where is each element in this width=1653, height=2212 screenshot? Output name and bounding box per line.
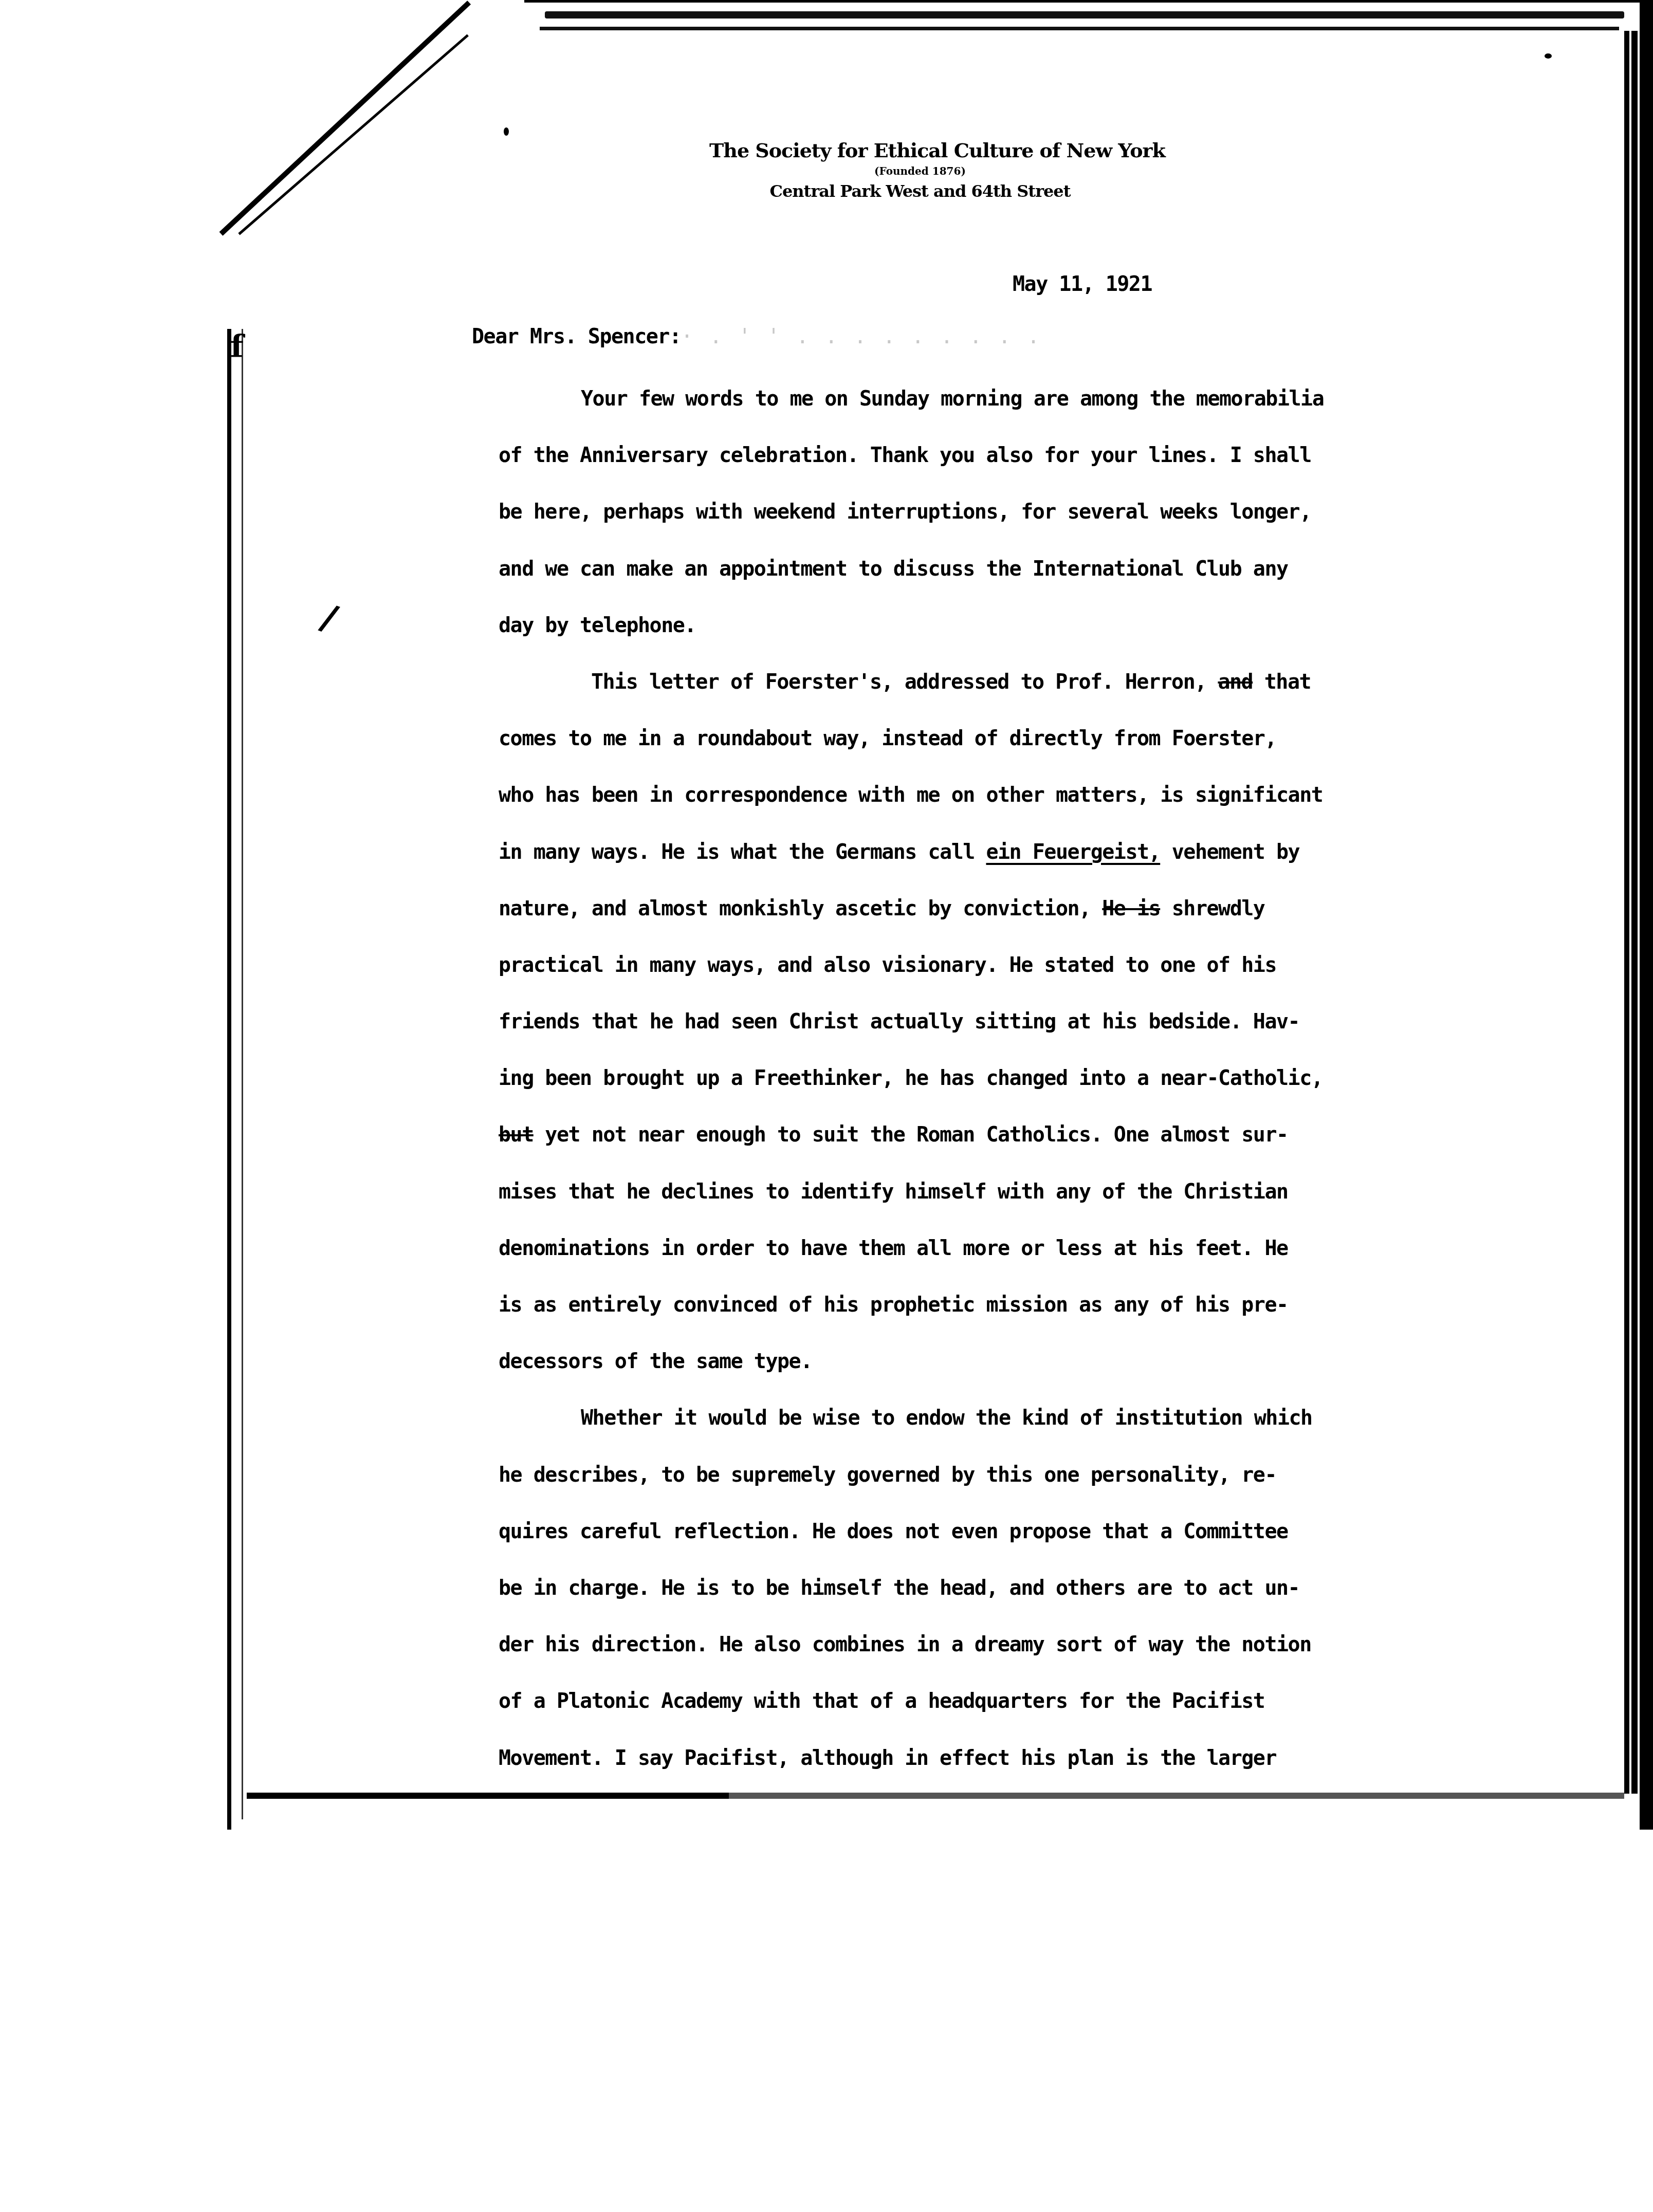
- body-line: in many ways. He is what the Germans cal…: [499, 837, 1485, 893]
- text-run: that: [1253, 670, 1311, 694]
- organization-address: Central Park West and 64th Street: [709, 181, 1131, 201]
- scan-top-edge: [524, 0, 1653, 3]
- body-line: who has been in correspondence with me o…: [499, 780, 1485, 836]
- body-line: Movement. I say Pacifist, although in ef…: [499, 1743, 1485, 1799]
- struck-word: but: [499, 1123, 534, 1147]
- salutation: Dear Mrs. Spencer:· . ' ' . . . . . . . …: [472, 325, 1042, 348]
- ink-dot: [504, 127, 509, 136]
- text-run: vehement by: [1160, 840, 1299, 864]
- body-line: ing been brought up a Freethinker, he ha…: [499, 1063, 1485, 1119]
- body-line: be in charge. He is to be himself the he…: [499, 1573, 1485, 1629]
- faint-show-through-text: · . ' ' . . . . . . . . .: [681, 325, 1041, 348]
- body-line: practical in many ways, and also visiona…: [499, 950, 1485, 1006]
- body-line: of a Platonic Academy with that of a hea…: [499, 1686, 1485, 1742]
- text-run: yet not near enough to suit the Roman Ca…: [534, 1123, 1288, 1147]
- body-line: der his direction. He also combines in a…: [499, 1629, 1485, 1686]
- body-line: comes to me in a roundabout way, instead…: [499, 723, 1485, 780]
- body-line: decessors of the same type.: [499, 1346, 1485, 1403]
- underlined-phrase: ein Feuergeist,: [986, 840, 1160, 864]
- folded-corner-line: [219, 1, 471, 235]
- body-line: denominations in order to have them all …: [499, 1233, 1485, 1289]
- struck-word: He is: [1102, 897, 1160, 920]
- body-line: of the Anniversary celebration. Thank yo…: [499, 440, 1485, 496]
- page-right-border: [1624, 31, 1638, 1794]
- body-line: be here, perhaps with weekend interrupti…: [499, 496, 1485, 553]
- struck-word: and: [1218, 670, 1253, 694]
- text-run: This letter of Foerster's, addressed to …: [591, 670, 1218, 694]
- letter-body: Your few words to me on Sunday morning a…: [499, 383, 1485, 1799]
- folded-corner-line-inner: [238, 34, 469, 235]
- letterhead: The Society for Ethical Culture of New Y…: [709, 139, 1131, 201]
- organization-founded: (Founded 1876): [709, 165, 1131, 177]
- body-line: is as entirely convinced of his propheti…: [499, 1289, 1485, 1346]
- body-line: he describes, to be supremely governed b…: [499, 1460, 1485, 1516]
- ink-dot: [1545, 53, 1552, 59]
- text-run: in many ways. He is what the Germans cal…: [499, 840, 986, 864]
- letter-date: May 11, 1921: [1013, 272, 1152, 296]
- body-line: This letter of Foerster's, addressed to …: [499, 667, 1485, 723]
- body-line: quires careful reflection. He does not e…: [499, 1516, 1485, 1573]
- organization-name: The Society for Ethical Culture of New Y…: [709, 139, 1131, 162]
- page-left-border: [227, 329, 231, 1830]
- scanned-page: f / The Society for Ethical Culture of N…: [0, 0, 1653, 2212]
- body-line: but yet not near enough to suit the Roma…: [499, 1119, 1485, 1176]
- body-line: mises that he declines to identify himse…: [499, 1176, 1485, 1233]
- text-run: nature, and almost monkishly ascetic by …: [499, 897, 1102, 920]
- page-left-inner-border: [242, 329, 243, 1819]
- scan-right-edge: [1640, 0, 1653, 1830]
- body-line: Your few words to me on Sunday morning a…: [499, 383, 1485, 440]
- body-line: and we can make an appointment to discus…: [499, 554, 1485, 610]
- margin-mark: f: [230, 329, 244, 365]
- body-line: nature, and almost monkishly ascetic by …: [499, 893, 1485, 950]
- margin-mark: /: [316, 595, 343, 640]
- body-line: friends that he had seen Christ actually…: [499, 1006, 1485, 1063]
- body-line: Whether it would be wise to endow the ki…: [499, 1403, 1485, 1459]
- page-top-inner-border: [540, 27, 1619, 30]
- page-top-border: [545, 11, 1624, 19]
- salutation-text: Dear Mrs. Spencer:: [472, 325, 681, 348]
- text-run: shrewdly: [1160, 897, 1264, 920]
- body-line: day by telephone.: [499, 610, 1485, 667]
